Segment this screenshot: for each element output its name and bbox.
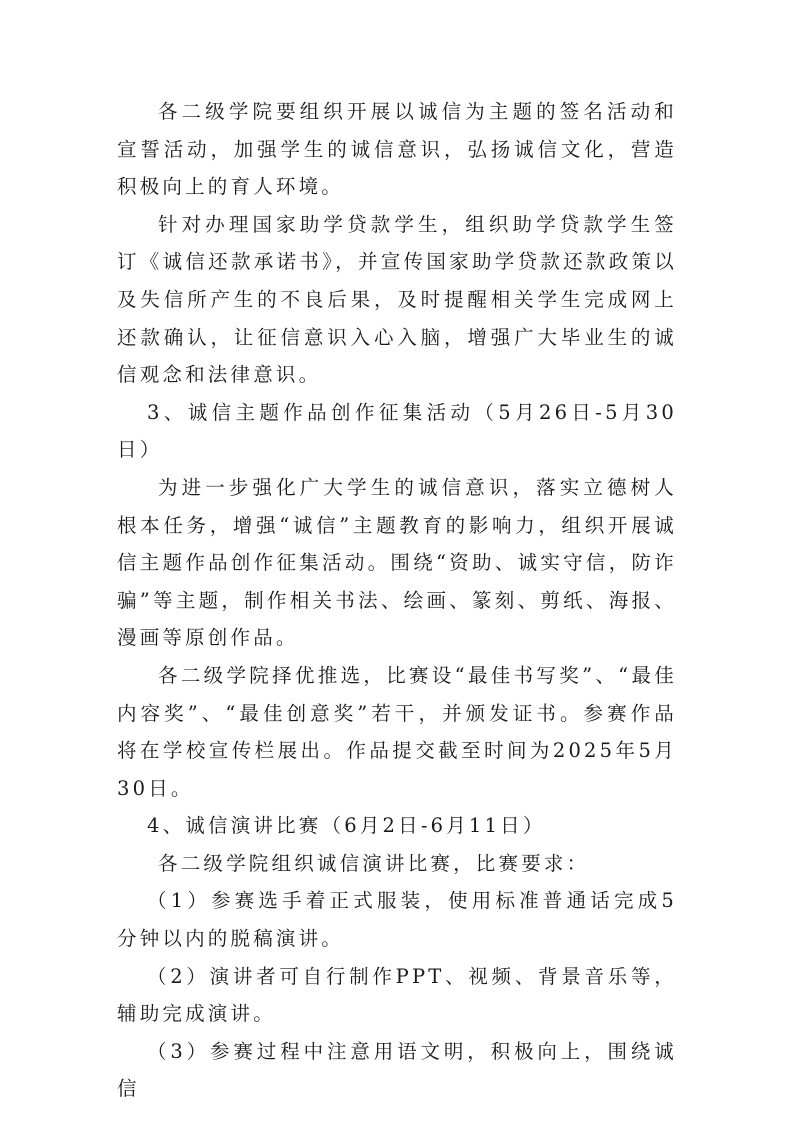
- paragraph-loan-pledge: 针对办理国家助学贷款学生，组织助学贷款学生签订《诚信还款承诺书》，并宣传国家助学…: [117, 206, 677, 394]
- requirement-item-2: （2）演讲者可自行制作PPT、视频、背景音乐等，辅助完成演讲。: [117, 958, 677, 1033]
- paragraph-signing-activity: 各二级学院要组织开展以诚信为主题的签名活动和宣誓活动，加强学生的诚信意识，弘扬诚…: [117, 93, 677, 206]
- paragraph-creative-works: 为进一步强化广大学生的诚信意识，落实立德树人根本任务，增强“诚信”主题教育的影响…: [117, 469, 677, 657]
- document-page: 各二级学院要组织开展以诚信为主题的签名活动和宣誓活动，加强学生的诚信意识，弘扬诚…: [117, 93, 677, 1108]
- requirement-item-3: （3）参赛过程中注意用语文明，积极向上，围绕诚信: [117, 1033, 677, 1108]
- section-heading-4: 4、诚信演讲比赛（6月2日-6月11日）: [117, 807, 677, 845]
- section-heading-3: 3、诚信主题作品创作征集活动（5月26日-5月30日）: [117, 394, 677, 469]
- paragraph-speech-requirements: 各二级学院组织诚信演讲比赛，比赛要求：: [117, 845, 677, 883]
- paragraph-awards: 各二级学院择优推选，比赛设“最佳书写奖”、“最佳内容奖”、“最佳创意奖”若干，并…: [117, 657, 677, 807]
- requirement-item-1: （1）参赛选手着正式服装，使用标准普通话完成5分钟以内的脱稿演讲。: [117, 882, 677, 957]
